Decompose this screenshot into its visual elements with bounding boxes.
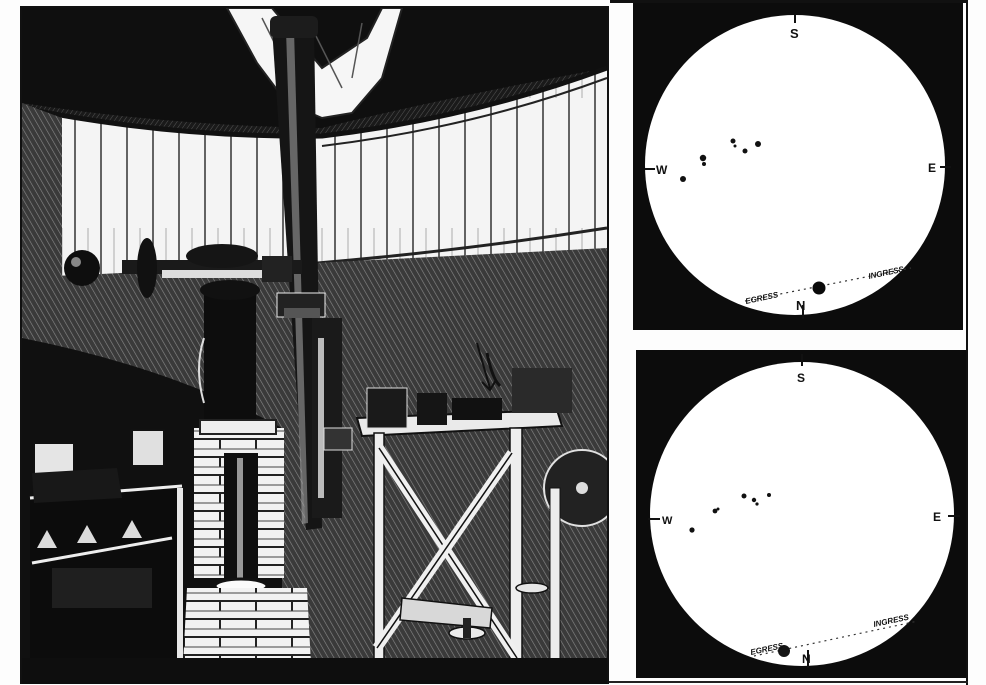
- right-border-rule: [966, 0, 968, 685]
- newspaper-page: S N W E EGRESS INGRESS: [0, 0, 986, 685]
- transit-diagram-top: S N W E EGRESS INGRESS: [633, 3, 963, 330]
- compass-west: W: [656, 163, 668, 177]
- compass-south: S: [797, 371, 805, 385]
- solar-disk-top: S N W E EGRESS INGRESS: [633, 3, 963, 330]
- solar-disk-bottom: S N W E EGRESS INGRESS: [636, 350, 966, 678]
- compass-north: N: [802, 652, 811, 666]
- compass-north: N: [796, 298, 805, 313]
- compass-east: E: [933, 510, 941, 524]
- compass-east: E: [928, 161, 936, 175]
- planet-disk: [813, 282, 826, 295]
- transit-diagram-bottom: S N W E EGRESS INGRESS: [636, 350, 966, 678]
- compass-south: S: [790, 26, 799, 41]
- engraving-drawing: [22, 8, 607, 684]
- compass-west: W: [662, 515, 673, 527]
- observatory-engraving: [20, 6, 609, 684]
